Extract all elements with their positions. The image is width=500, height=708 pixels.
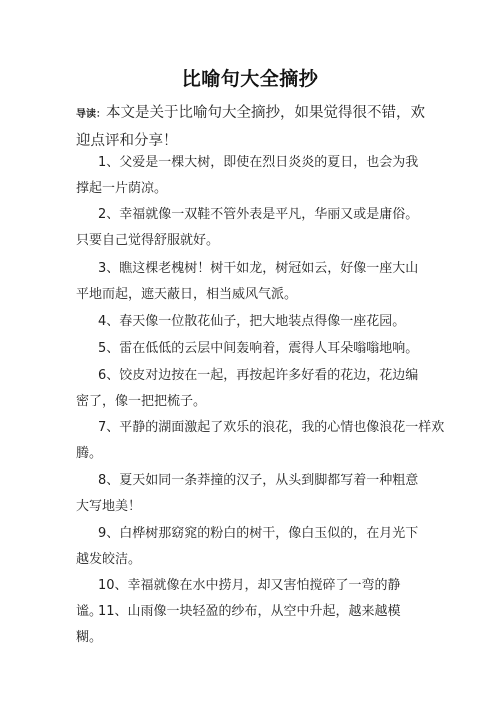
intro-paragraph: 导读：本文是关于比喻句大全摘抄，如果觉得很不错，欢迎点评和分享！ — [76, 100, 428, 154]
list-item: 4、春天像一位散花仙子，把大地装点得像一座花园。 — [76, 309, 426, 335]
list-item: 8、夏天如同一条莽撞的汉子，从头到脚都写着一种粗意大写地美！ — [76, 468, 426, 520]
list-item: 3、瞧这棵老槐树！树干如龙，树冠如云，好像一座大山平地而起，遮天蔽日，相当威风气… — [76, 256, 426, 308]
list-item: 6、饺皮对边按在一起，再按起许多好看的花边，花边编密了，像一把把梳子。 — [76, 363, 426, 415]
list-item: 2、幸福就像一双鞋不管外表是平凡，华丽又或是庸俗。只要自己觉得舒服就好。 — [76, 202, 426, 254]
list-item: 1、父爱是一棵大树，即使在烈日炎炎的夏日，也会为我撑起一片荫凉。 — [76, 150, 426, 202]
intro-lead-label: 导读： — [76, 109, 106, 120]
list-item: 11、山雨像一块轻盈的纱布，从空中升起，越来越模糊。 — [76, 599, 426, 651]
list-item: 7、平静的湖面激起了欢乐的浪花，我的心情也像浪花一样欢腾。 — [76, 415, 446, 467]
intro-text: 本文是关于比喻句大全摘抄，如果觉得很不错，欢迎点评和分享！ — [76, 105, 425, 149]
list-item: 9、白桦树那窈窕的粉白的树干，像白玉似的，在月光下越发皎洁。 — [76, 521, 426, 573]
page-title: 比喻句大全摘抄 — [0, 64, 500, 91]
list-item: 5、雷在低低的云层中间轰响着，震得人耳朵嗡嗡地响。 — [76, 336, 426, 362]
